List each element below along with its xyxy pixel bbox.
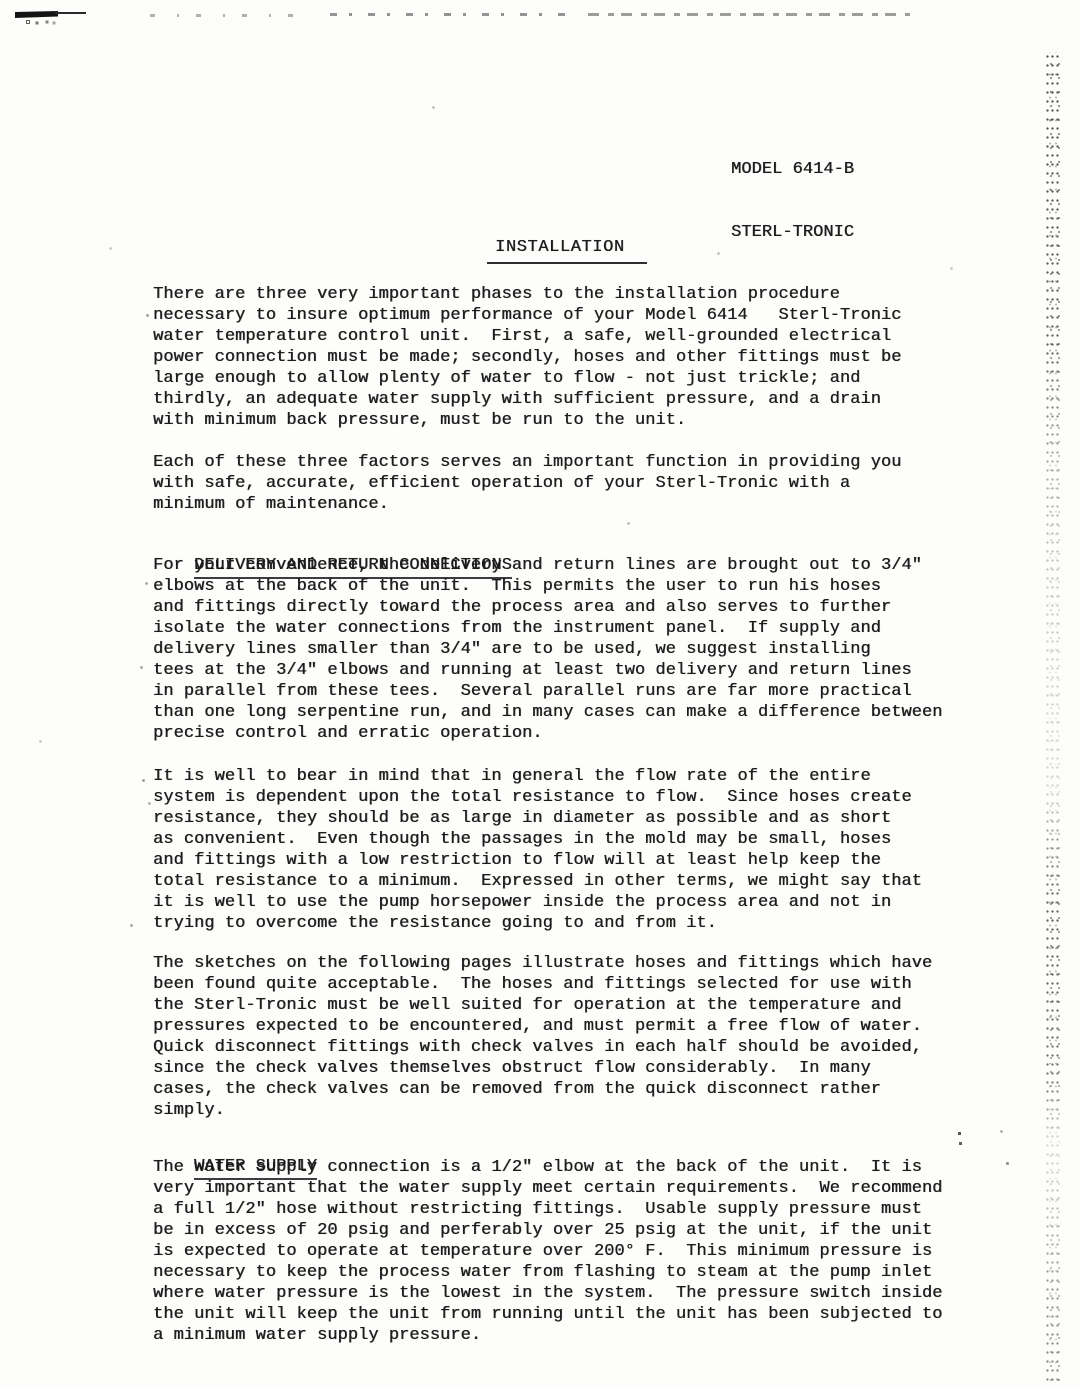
scan-artifact-specks bbox=[0, 0, 1, 1]
scan-artifact-corner-specks bbox=[27, 21, 29, 23]
model-header: MODEL 6414-B STERL-TRONIC bbox=[731, 117, 854, 285]
scan-artifact-top-noise bbox=[150, 14, 315, 17]
intro-paragraph-2: Each of these three factors serves an im… bbox=[153, 452, 988, 515]
scan-artifact-right-edge-noise bbox=[1046, 52, 1061, 1382]
product-name: STERL-TRONIC bbox=[731, 222, 854, 243]
scan-artifact-corner-tail bbox=[55, 12, 86, 14]
model-number: MODEL 6414-B bbox=[731, 159, 854, 180]
scan-artifact-top-noise bbox=[330, 13, 565, 16]
water-supply-paragraph-1: The water supply connection is a 1/2" el… bbox=[153, 1157, 988, 1346]
scanned-document-page: MODEL 6414-B STERL-TRONIC INSTALLATION T… bbox=[0, 0, 1080, 1388]
delivery-paragraph-1: For your convenience, the delivery and r… bbox=[153, 555, 988, 744]
page-title: INSTALLATION bbox=[487, 237, 647, 264]
page-title-wrap: INSTALLATION bbox=[446, 216, 647, 285]
scan-artifact-top-noise bbox=[588, 13, 910, 16]
scan-artifact-corner-mark bbox=[15, 11, 58, 18]
delivery-paragraph-2: It is well to bear in mind that in gener… bbox=[153, 766, 988, 934]
delivery-paragraph-3: The sketches on the following pages illu… bbox=[153, 953, 988, 1121]
intro-paragraph-1: There are three very important phases to… bbox=[153, 284, 988, 431]
